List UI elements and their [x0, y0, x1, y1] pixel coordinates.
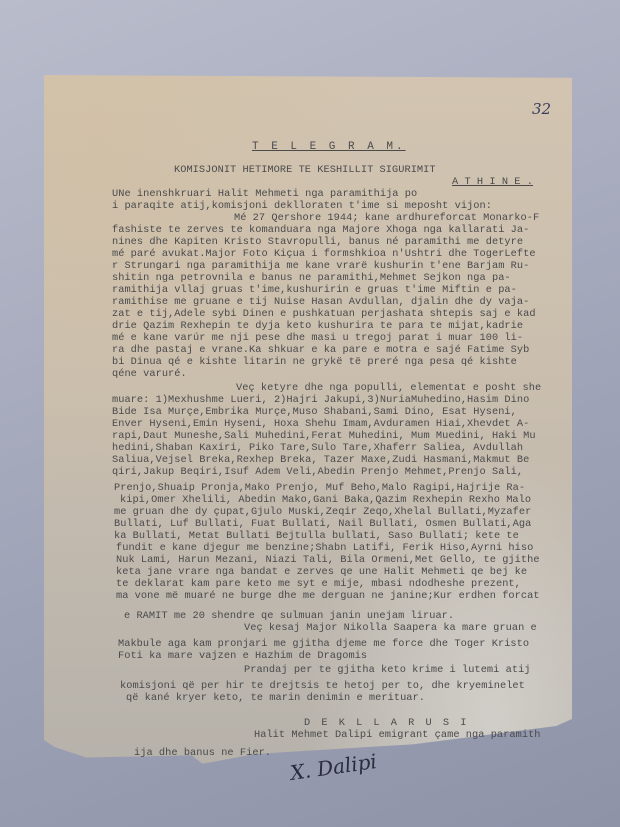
text-line: te deklarat kam pare keto me syt e mije,…: [116, 578, 521, 590]
text-line: qéne varuré.: [112, 368, 187, 380]
text-line: mé e kane varúr me nji pese dhe masi u t…: [112, 332, 523, 344]
text-line: ramithise me gruane e tij Nuise Hasan Av…: [112, 296, 529, 308]
text-line: muare: 1)Mexhushme Lueri, 2)Hajri Jakupi…: [112, 394, 529, 406]
text-line: Veç kesaj Major Nikolla Saapera ka mare …: [244, 622, 537, 634]
text-line: Prandaj per te gjitha keto krime i lutem…: [244, 664, 531, 676]
text-line: Veç ketyre dhe nga populli, elementat e …: [236, 382, 541, 394]
text-line: Enver Hyseni,Emin Hyseni, Hoxa Shehu Ima…: [112, 418, 529, 430]
declarant-line-1: Halit Mehmet Dalipi emigrant çame nga pa…: [254, 729, 541, 741]
text-line: shitin nga petrovnila e banus ne paramit…: [112, 272, 511, 284]
handwritten-signature: X. Dalipi: [289, 749, 378, 785]
text-line: ka Bullati, Metat Bullati Bejtulla bulla…: [114, 530, 519, 542]
text-line: r Strungari nga paramithija me kane vrar…: [112, 260, 529, 272]
text-line: Bullati, Luf Bullati, Fuat Bullati, Nail…: [114, 518, 531, 530]
document-title: T E L E G R A M.: [252, 141, 406, 153]
text-line: Mé 27 Qershore 1944; kane ardhureforcat …: [234, 212, 539, 224]
text-line: Prenjo,Shuaip Pronja,Mako Prenjo, Muf Be…: [114, 482, 525, 494]
text-line: ma vone më muaré ne burge dhe me derguan…: [116, 590, 540, 602]
text-line: me gruan dhe dy çupat,Gjulo Muski,Zeqir …: [114, 506, 531, 518]
text-line: fundit e kane djegur me benzine;Shabn La…: [116, 542, 533, 554]
text-line: Nuk Lami, Harun Mezani, Niazi Tali, Bila…: [116, 554, 540, 566]
text-line: qiri,Jakup Beqiri,Isuf Adem Veli,Abedin …: [112, 466, 523, 478]
addressee: KOMISJONIT HETIMORE TE KESHILLIT SIGURIM…: [174, 164, 436, 176]
text-line: UNe inenshkruari Halit Mehmeti nga param…: [112, 188, 417, 200]
text-line: bi Dinua qé e kishte litarin ne grykë të…: [112, 356, 517, 368]
text-line: që kané kryer keto, te marin denimin e m…: [126, 692, 425, 704]
text-line: drie Qazim Rexhepin te dyja keto kushuri…: [112, 320, 523, 332]
text-line: mé paré avukat.Major Foto Kiçua i formsh…: [112, 248, 536, 260]
text-line: zat e tij,Adele sybi Dinen e pushkatuan …: [112, 308, 536, 320]
text-line: Saliua,Vejsel Breka,Rexhep Breka, Tazer …: [112, 454, 529, 466]
text-line: hedini,Shaban Kaxiri, Piko Tare,Sulo Tar…: [112, 442, 523, 454]
text-line: komisjoni që per hir te drejtsis te heto…: [120, 680, 525, 692]
text-line: rapi,Daut Muneshe,Sali Muhedini,Ferat Mu…: [112, 430, 536, 442]
city: A T H I N E .: [452, 176, 533, 188]
page-number: 32: [532, 100, 551, 118]
text-line: e RAMIT me 20 shendre qe sulmuan janin u…: [124, 610, 454, 622]
declarant-heading: D E K L L A R U S I: [304, 717, 469, 729]
text-line: Foti ka mare vajzen e Hazhim de Dragomis: [118, 650, 367, 662]
text-line: ra dhe pastaj e vrane.Ka shkuar e ka par…: [112, 344, 529, 356]
text-line: Bide Isa Murçe,Embrika Murçe,Muso Shaban…: [112, 406, 517, 418]
text-line: keta jane vrare nga bandat e zerves qe u…: [116, 566, 527, 578]
text-line: nines dhe Kapiten Kristo Stavropulli, ba…: [112, 236, 523, 248]
text-line: ramithija vllaj gruas t'ime,kushuririn e…: [112, 284, 517, 296]
text-line: Makbule aga kam pronjari me gjitha djeme…: [118, 638, 529, 650]
text-line: kipi,Omer Xhelili, Abedin Mako,Gani Baka…: [120, 494, 531, 506]
text-line: fashiste te zerves te komanduara nga Maj…: [112, 224, 529, 236]
declarant-line-2: ija dhe banus ne Fier.: [134, 747, 271, 759]
text-line: i paraqite atij,komisjoni deklloraten t'…: [112, 200, 492, 212]
